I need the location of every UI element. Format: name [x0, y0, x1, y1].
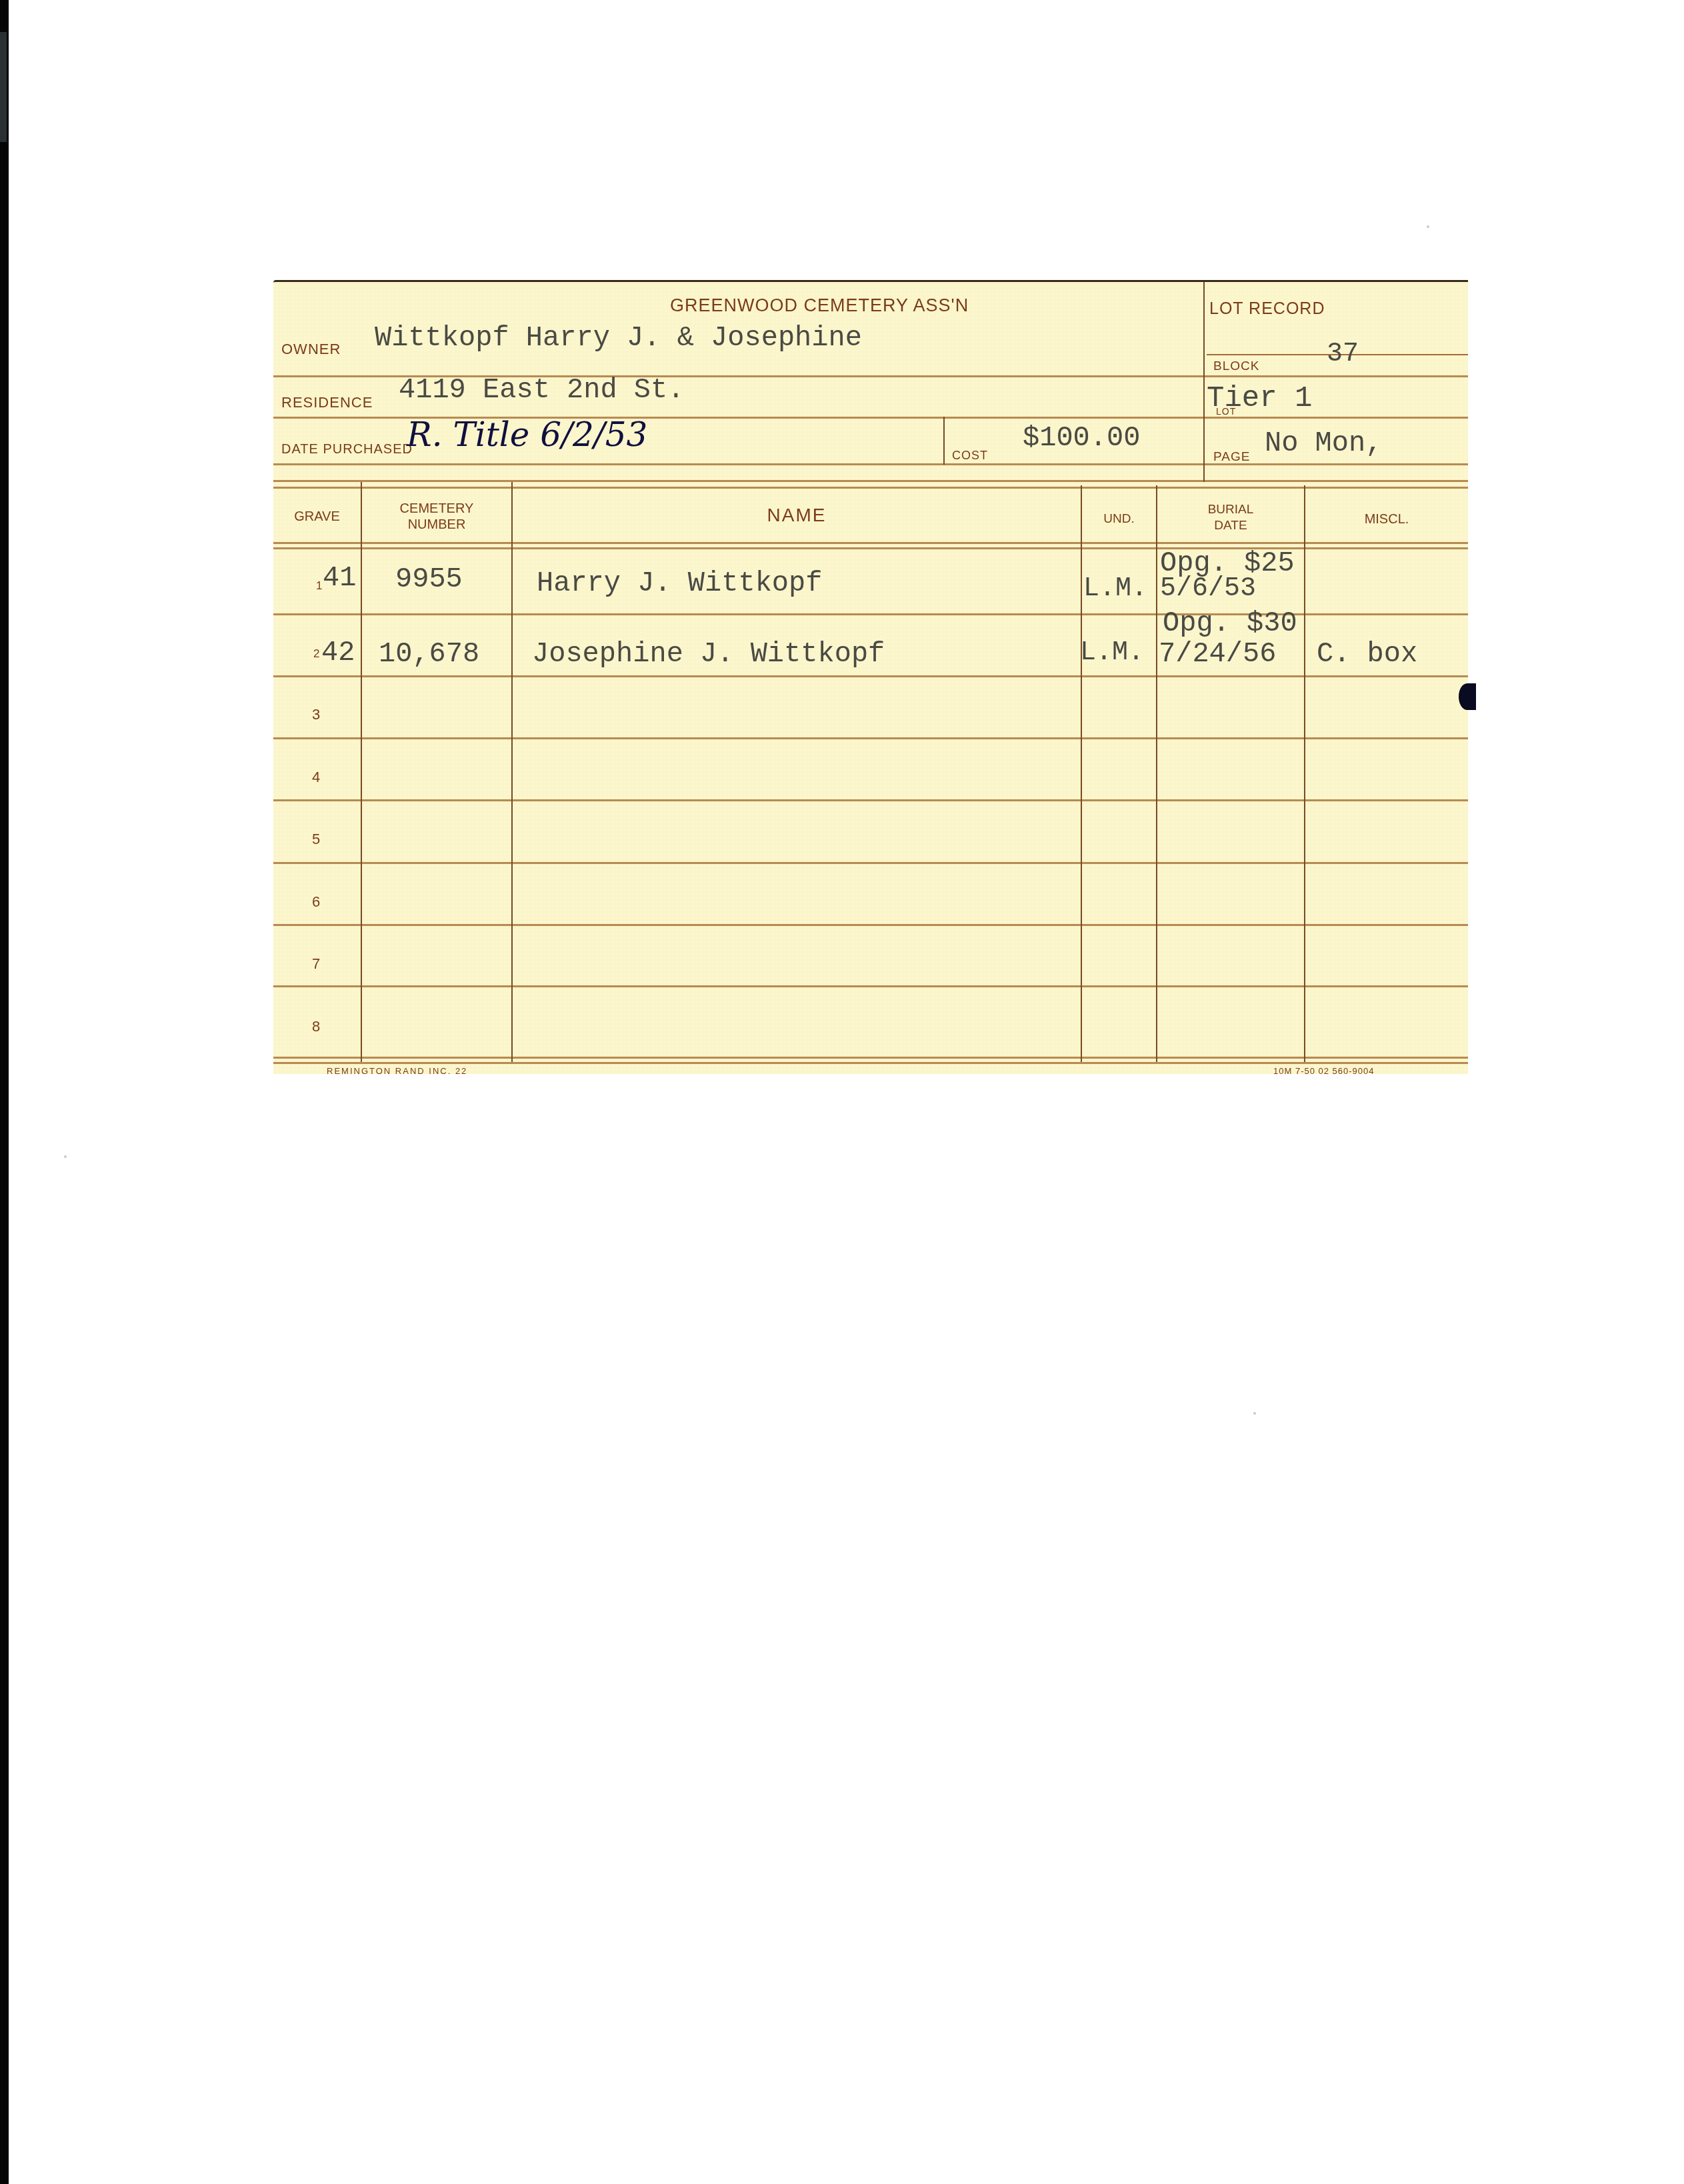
- divider: [361, 482, 362, 1062]
- col-header-cemetery-number-line1: CEMETERY: [362, 501, 511, 517]
- grave-number-printed: 2: [313, 647, 319, 661]
- residence-label: RESIDENCE: [281, 394, 373, 411]
- grave-number-printed: 5: [312, 831, 320, 848]
- cost-label: COST: [952, 449, 988, 463]
- owner-value: Wittkopf Harry J. & Josephine: [375, 322, 862, 354]
- divider: [1081, 485, 1082, 1062]
- divider: [511, 482, 513, 1062]
- lot-record-title: LOT RECORD: [1209, 299, 1325, 319]
- lot-record-card: GREENWOOD CEMETERY ASS'N LOT RECORD OWNE…: [273, 280, 1468, 1074]
- card-title: GREENWOOD CEMETERY ASS'N: [670, 295, 969, 316]
- burial-note: Opg. $30: [1163, 607, 1297, 639]
- grave-number-printed: 1: [316, 579, 322, 593]
- lot-value: Tier 1: [1207, 382, 1312, 415]
- rule: [273, 480, 1468, 482]
- scan-speck: [64, 1155, 67, 1158]
- scanner-edge: [0, 0, 9, 2184]
- grave-number-typed: 41: [323, 562, 356, 594]
- divider: [943, 417, 945, 465]
- col-header-burial-date: BURIAL DATE: [1157, 502, 1304, 534]
- rule: [273, 675, 1468, 677]
- deceased-name: Josephine J. Wittkopf: [532, 638, 885, 670]
- grave-number-printed: 8: [312, 1018, 320, 1035]
- rule: [273, 1057, 1468, 1059]
- owner-label: OWNER: [281, 341, 341, 358]
- rule: [273, 985, 1468, 987]
- deceased-name: Harry J. Wittkopf: [537, 567, 822, 599]
- col-header-und: UND.: [1082, 511, 1156, 527]
- grave-number-printed: 6: [312, 893, 320, 911]
- cost-value: $100.00: [1023, 422, 1140, 454]
- page-label: PAGE: [1213, 450, 1250, 465]
- page-value: No Mon,: [1265, 427, 1382, 459]
- footer-printer: REMINGTON RAND INC. 22: [327, 1066, 467, 1076]
- rule: [273, 799, 1468, 801]
- rule: [273, 463, 1468, 465]
- scan-speck: [1427, 225, 1429, 228]
- grave-number-typed: 42: [321, 637, 355, 669]
- block-value: 37: [1327, 339, 1359, 369]
- footer-form-number: 10M 7-50 02 560-9004: [1273, 1066, 1375, 1076]
- divider: [1304, 485, 1305, 1062]
- col-header-cemetery-number-line2: NUMBER: [362, 517, 511, 533]
- grave-number-printed: 4: [312, 769, 320, 786]
- rule: [273, 862, 1468, 864]
- divider: [1203, 282, 1205, 482]
- undertaker: L.M.: [1083, 574, 1147, 604]
- burial-date: 5/6/53: [1160, 574, 1256, 604]
- cemetery-number: 10,678: [379, 638, 479, 670]
- residence-value: 4119 East 2nd St.: [399, 374, 684, 406]
- col-header-burial-date-line1: BURIAL: [1157, 502, 1304, 518]
- col-header-cemetery-number: CEMETERY NUMBER: [362, 501, 511, 533]
- col-header-burial-date-line2: DATE: [1157, 518, 1304, 534]
- col-header-grave: GRAVE: [273, 509, 361, 525]
- cemetery-number: 9955: [395, 563, 463, 595]
- burial-date: 7/24/56: [1159, 638, 1276, 670]
- col-header-name: NAME: [513, 507, 1081, 523]
- rule: [273, 487, 1468, 489]
- rule: [273, 542, 1468, 544]
- date-purchased-label: DATE PURCHASED: [281, 442, 413, 457]
- scan-speck: [1253, 1412, 1256, 1415]
- rule: [273, 1062, 1468, 1064]
- rule: [273, 737, 1468, 739]
- divider: [1156, 485, 1157, 1062]
- rule: [273, 924, 1468, 926]
- undertaker: L.M.: [1080, 638, 1144, 668]
- grave-number-printed: 7: [312, 955, 320, 973]
- col-header-miscl: MISCL.: [1305, 511, 1468, 527]
- block-label: BLOCK: [1213, 359, 1259, 374]
- date-purchased-value: R. Title 6/2/53: [407, 415, 647, 454]
- grave-number-printed: 3: [312, 706, 320, 723]
- miscl-note: C. box: [1317, 638, 1417, 670]
- punch-hole: [1459, 683, 1476, 710]
